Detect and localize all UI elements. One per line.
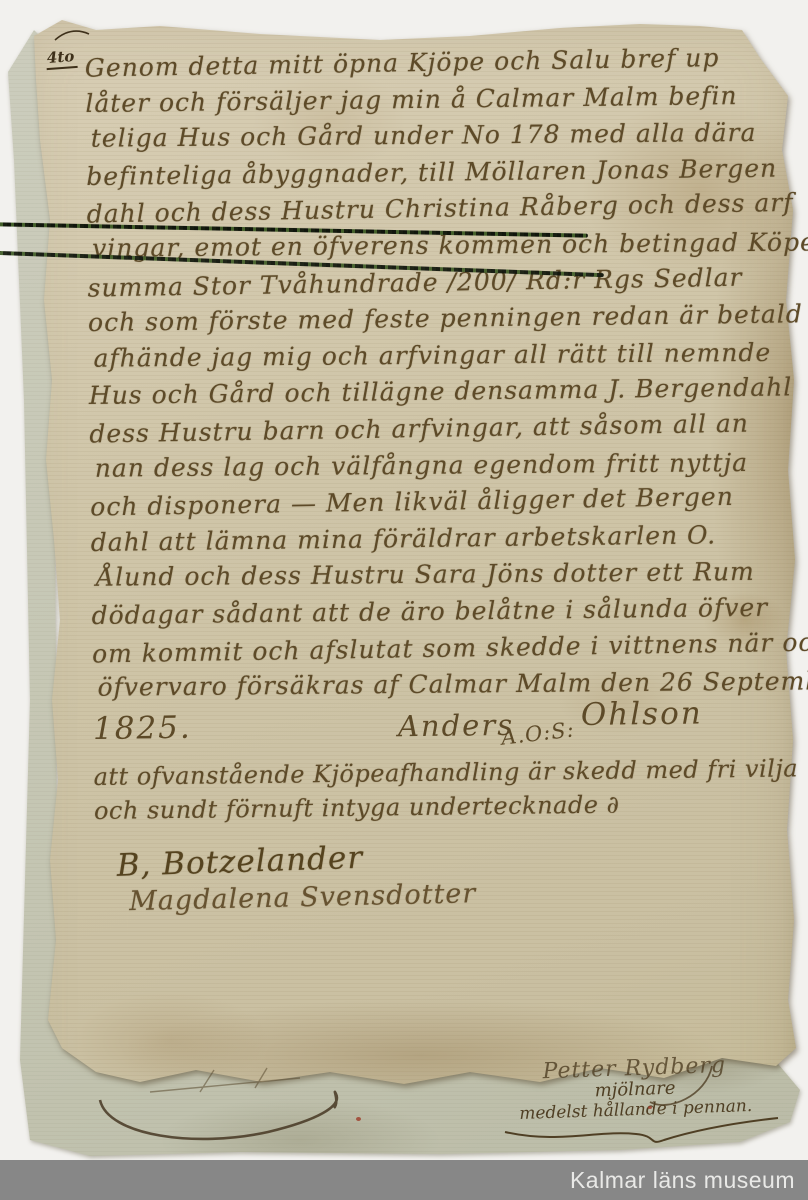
credit-bar: Kalmar läns museum bbox=[0, 1160, 808, 1200]
date-and-seller-row: 1825. Anders A.O:S: Ohlson bbox=[93, 702, 806, 763]
credit-text: Kalmar läns museum bbox=[570, 1167, 808, 1194]
quarto-notation: 4to bbox=[45, 47, 78, 70]
manuscript-line: teliga Hus och Gård under No 178 med all… bbox=[91, 118, 803, 161]
wax-speck bbox=[356, 1117, 361, 1121]
scribe-note: Petter Rydberg mjölnare medelst hållande… bbox=[469, 1050, 801, 1125]
seller-last-name: Ohlson bbox=[581, 695, 703, 732]
seller-first-name: Anders bbox=[398, 708, 515, 743]
wax-speck bbox=[648, 1106, 652, 1109]
manuscript-text: Genom detta mitt öpna Kjöpe och Salu bre… bbox=[85, 43, 807, 913]
manuscript-line: Ålund och dess Hustru Sara Jöns dotter e… bbox=[96, 557, 808, 600]
attestation-line: och sundt förnuft intyga undertecknade ∂ bbox=[94, 788, 806, 831]
manuscript-line: afhände jag mig och arfvingar all rätt t… bbox=[93, 337, 805, 380]
date-year: 1825. bbox=[93, 709, 192, 746]
document-scan: 4to Genom detta mitt öpna Kjöpe och Salu… bbox=[0, 0, 808, 1200]
